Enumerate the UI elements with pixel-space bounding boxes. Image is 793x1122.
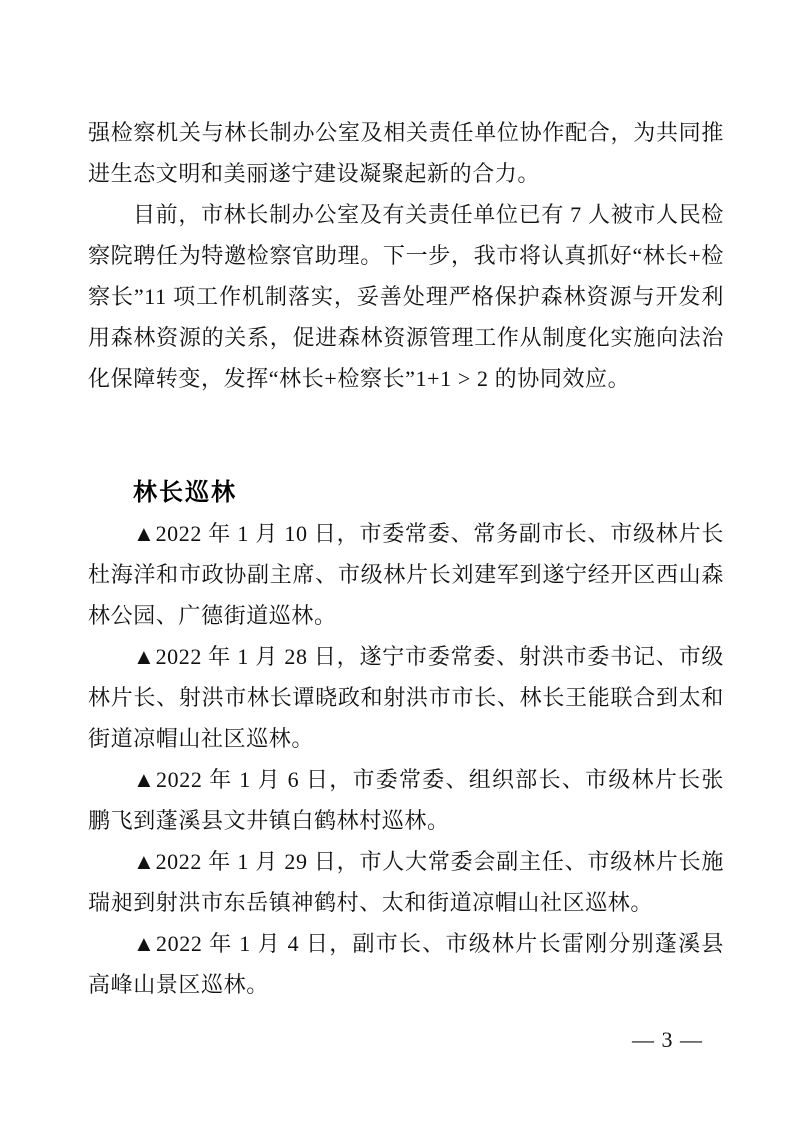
paragraph-continued: 强检察机关与林长制办公室及相关责任单位协作配合，为共同推进生态文明和美丽遂宁建设… (88, 112, 724, 194)
document-body: 强检察机关与林长制办公室及相关责任单位协作配合，为共同推进生态文明和美丽遂宁建设… (88, 112, 724, 1005)
paragraph-current-status: 目前，市林长制办公室及有关责任单位已有 7 人被市人民检察院聘任为特邀检察官助理… (88, 194, 724, 399)
patrol-item-4: ▲2022 年 1 月 29 日，市人大常委会副主任、市级林片长施瑞昶到射洪市东… (88, 841, 724, 923)
page-number: — 3 — (632, 1027, 703, 1053)
patrol-item-3: ▲2022 年 1 月 6 日，市委常委、组织部长、市级林片长张鹏飞到蓬溪县文井… (88, 759, 724, 841)
patrol-item-1: ▲2022 年 1 月 10 日，市委常委、常务副市长、市级林片长杜海洋和市政协… (88, 513, 724, 636)
section-heading: 林长巡林 (88, 472, 724, 513)
patrol-item-5: ▲2022 年 1 月 4 日，副市长、市级林片长雷刚分别蓬溪县高峰山景区巡林。 (88, 923, 724, 1005)
patrol-item-2: ▲2022 年 1 月 28 日，遂宁市委常委、射洪市委书记、市级林片长、射洪市… (88, 636, 724, 759)
document-page: 强检察机关与林长制办公室及相关责任单位协作配合，为共同推进生态文明和美丽遂宁建设… (0, 0, 793, 1122)
